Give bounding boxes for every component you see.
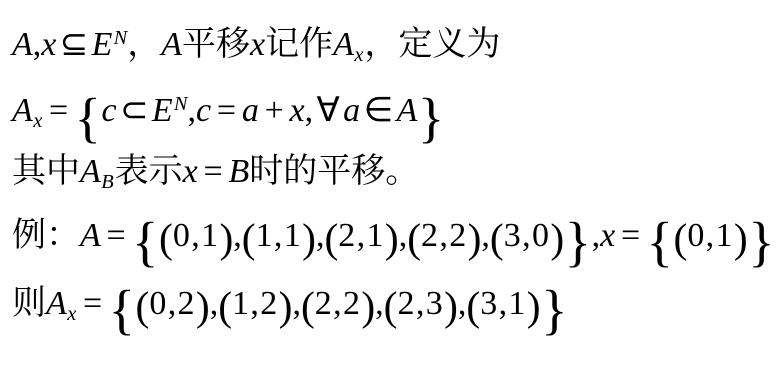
- math-variable: A: [161, 26, 182, 63]
- math-variable: a: [343, 92, 360, 129]
- tuple-values: 2,2: [315, 285, 362, 322]
- tuple-values: 1,1: [256, 217, 303, 254]
- math-line-example-given: 例：A={(0,1),(1,1),(2,1),(2,2),(3,0)},x={(…: [12, 204, 775, 274]
- math-variable: Ax: [46, 285, 77, 322]
- paren-close-icon: ): [196, 283, 210, 329]
- math-operator: =: [217, 92, 236, 129]
- tuple: (3,0): [490, 217, 564, 254]
- document-page: A,x⊆EN，A平移x记作Ax，定义为 Ax={c⊂EN,c=a+x,∀a∈A}…: [0, 0, 783, 379]
- paren-open-icon: (: [466, 283, 480, 329]
- math-text: ,: [592, 217, 601, 254]
- set-brace: {: [132, 211, 158, 272]
- tuple-values: 0,2: [149, 285, 196, 322]
- math-variable: x: [290, 92, 305, 129]
- tuple-values: 1,2: [232, 285, 279, 322]
- paren-open-icon: (: [136, 283, 150, 329]
- paren-close-icon: ): [385, 215, 399, 261]
- tuple-values: 0,1: [173, 217, 220, 254]
- math-symbol: ⊆: [60, 26, 89, 63]
- math-variable: c: [196, 92, 211, 129]
- paren-open-icon: (: [242, 215, 256, 261]
- tuple: (1,1): [242, 217, 316, 254]
- tuple-values: 3,1: [480, 285, 527, 322]
- tuple: (2,2): [407, 217, 481, 254]
- subscript: B: [101, 171, 113, 193]
- math-text: ,: [481, 217, 490, 254]
- paren-open-icon: (: [324, 215, 338, 261]
- tuple: (0,1): [674, 217, 748, 254]
- cjk-text: ，: [127, 26, 161, 63]
- subscript: x: [67, 303, 76, 325]
- tuple: (1,2): [218, 285, 292, 322]
- math-variable: x: [250, 26, 265, 63]
- paren-close-icon: ): [444, 283, 458, 329]
- math-variable: Ax: [12, 92, 43, 129]
- math-text: ,: [305, 92, 314, 129]
- superscript: N: [114, 27, 128, 49]
- math-operator: =: [204, 153, 223, 190]
- cjk-text: 表示: [115, 153, 183, 190]
- math-variable: x: [41, 26, 56, 63]
- math-text: ,: [210, 285, 219, 322]
- math-variable: EN: [92, 26, 128, 63]
- tuple-values: 3,0: [504, 217, 551, 254]
- tuple-values: 2,3: [397, 285, 444, 322]
- set-brace: {: [647, 211, 673, 272]
- paren-close-icon: ): [550, 215, 564, 261]
- set-brace: }: [748, 211, 774, 272]
- cjk-text: ，: [364, 26, 398, 63]
- tuple: (2,3): [384, 285, 458, 322]
- math-text: ,: [292, 285, 301, 322]
- paren-close-icon: ): [527, 283, 541, 329]
- math-variable: c: [102, 92, 117, 129]
- tuple: (0,2): [136, 285, 210, 322]
- tuple: (0,1): [159, 217, 233, 254]
- math-text: ,: [233, 217, 242, 254]
- paren-open-icon: (: [159, 215, 173, 261]
- base-symbol: A: [12, 92, 33, 129]
- math-variable: a: [242, 92, 259, 129]
- math-variable: x: [183, 153, 198, 190]
- math-operator: +: [265, 92, 284, 129]
- set-brace: {: [75, 87, 101, 148]
- base-symbol: E: [152, 92, 173, 129]
- cjk-text: 记作: [265, 26, 333, 63]
- tuple: (2,1): [324, 217, 398, 254]
- paren-open-icon: (: [407, 215, 421, 261]
- base-symbol: A: [80, 153, 101, 190]
- math-text: ,: [33, 26, 42, 63]
- set-brace: }: [565, 211, 591, 272]
- paren-open-icon: (: [218, 283, 232, 329]
- math-variable: A: [80, 217, 101, 254]
- math-line-example-result: 则Ax={(0,2),(1,2),(2,2),(2,3),(3,1)}: [12, 272, 568, 346]
- math-variable: x: [600, 217, 615, 254]
- tuple-values: 2,2: [421, 217, 468, 254]
- math-operator: =: [107, 217, 126, 254]
- cjk-text: 平移: [182, 26, 250, 63]
- math-variable: EN: [152, 92, 188, 129]
- tuple: (2,2): [301, 285, 375, 322]
- set-brace: }: [418, 87, 444, 148]
- paren-open-icon: (: [490, 215, 504, 261]
- math-operator: =: [49, 92, 68, 129]
- base-symbol: E: [92, 26, 113, 63]
- math-text: ,: [188, 92, 197, 129]
- cjk-text: 定义为: [398, 26, 500, 63]
- math-line-notation-note: 其中AB表示x=B时的平移。: [12, 140, 419, 214]
- math-variable: Ax: [333, 26, 364, 63]
- math-symbol: ∈: [364, 92, 394, 129]
- paren-close-icon: ): [279, 283, 293, 329]
- set-brace: }: [541, 279, 567, 340]
- cjk-text: 时的平移。: [249, 153, 419, 190]
- paren-open-icon: (: [674, 215, 688, 261]
- paren-open-icon: (: [301, 283, 315, 329]
- math-operator: =: [621, 217, 640, 254]
- tuple: (3,1): [466, 285, 540, 322]
- math-symbol: ∀: [317, 92, 340, 129]
- tuple-values: 2,1: [338, 217, 385, 254]
- math-variable: B: [228, 153, 249, 190]
- base-symbol: A: [333, 26, 354, 63]
- paren-close-icon: ): [361, 283, 375, 329]
- math-symbol: ⊂: [120, 92, 149, 129]
- set-brace: {: [109, 279, 135, 340]
- cjk-text: 例：: [12, 217, 80, 254]
- paren-close-icon: ): [468, 215, 482, 261]
- subscript: x: [354, 44, 363, 66]
- math-variable: A: [12, 26, 33, 63]
- cjk-text: 其中: [12, 153, 80, 190]
- cjk-text: 则: [12, 285, 46, 322]
- paren-close-icon: ): [219, 215, 233, 261]
- paren-close-icon: ): [734, 215, 748, 261]
- math-variable: AB: [80, 153, 115, 190]
- math-text: ,: [399, 217, 408, 254]
- paren-close-icon: ): [302, 215, 316, 261]
- math-operator: =: [83, 285, 102, 322]
- subscript: x: [33, 110, 42, 132]
- paren-open-icon: (: [384, 283, 398, 329]
- math-variable: A: [397, 92, 418, 129]
- tuple-values: 0,1: [687, 217, 734, 254]
- math-text: ,: [375, 285, 384, 322]
- superscript: N: [174, 93, 188, 115]
- base-symbol: A: [46, 285, 67, 322]
